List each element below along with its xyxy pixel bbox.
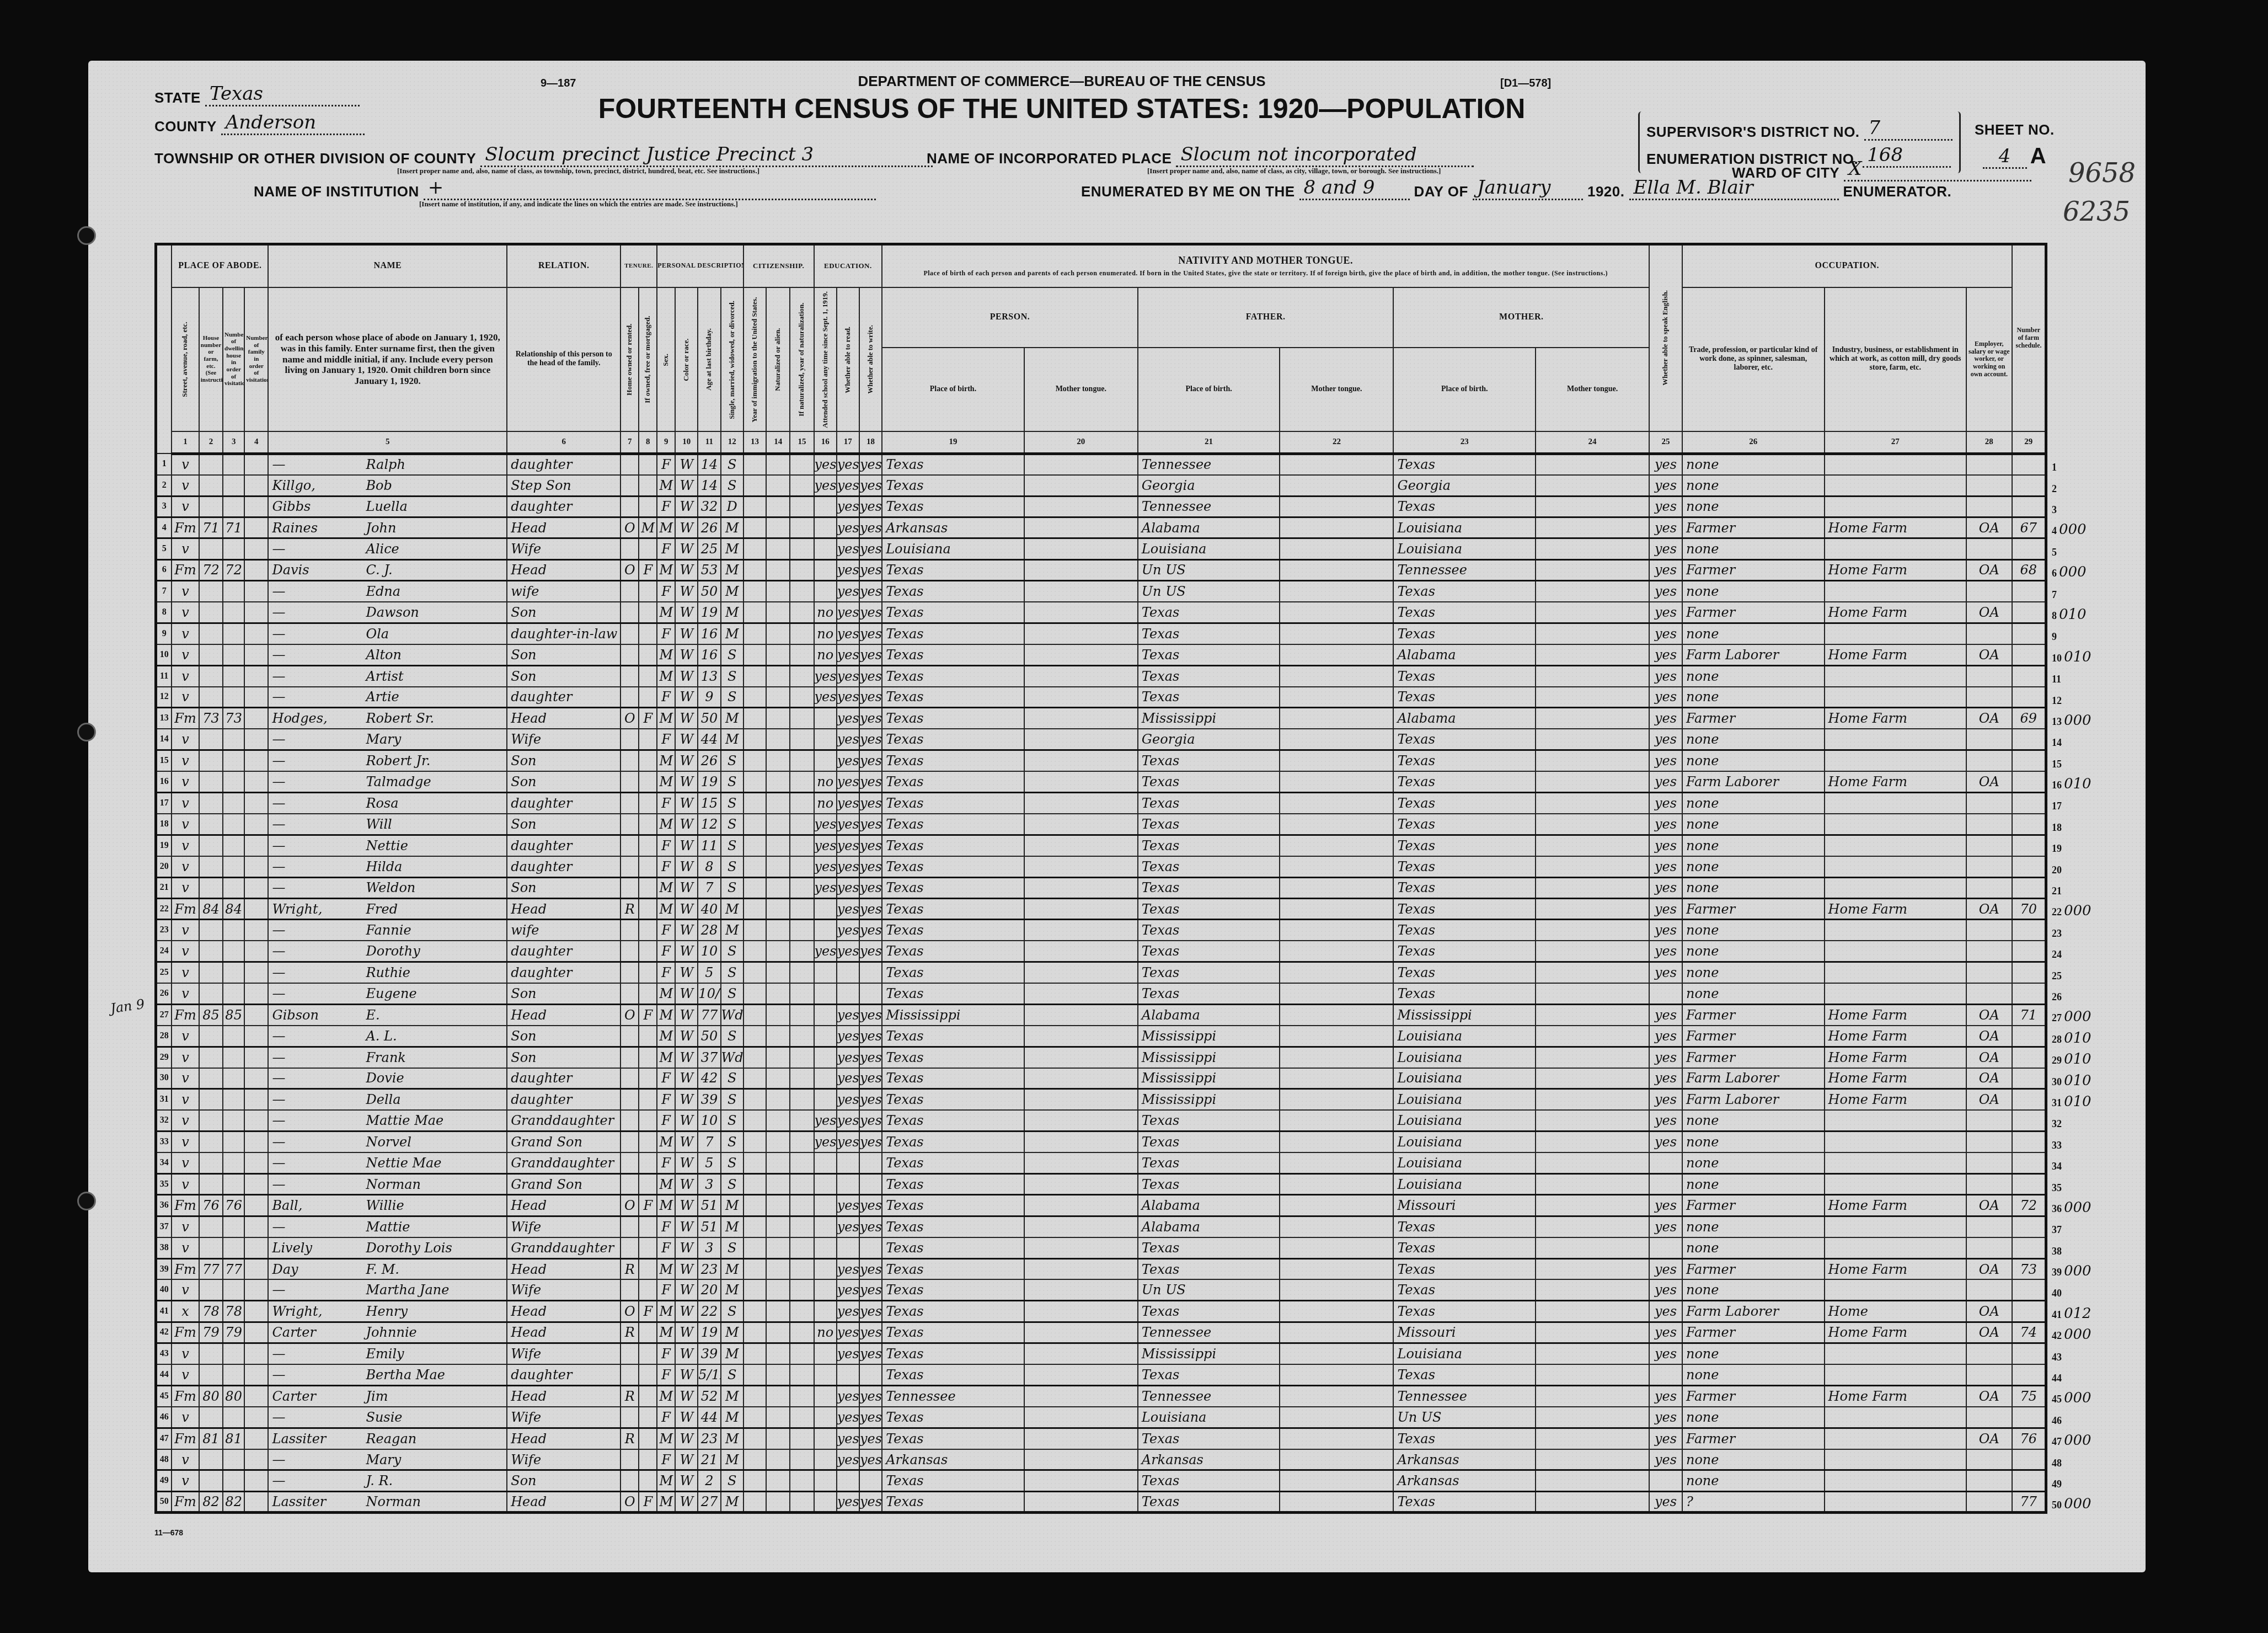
house-number-cell: 81 [199, 1428, 223, 1449]
farm-schedule-cell [2012, 1174, 2046, 1195]
race-cell: W [675, 1174, 698, 1195]
speaks-english-cell: yes [1649, 898, 1682, 919]
given-name: Martha Jane [366, 1282, 449, 1298]
naturalized-cell [766, 1237, 790, 1258]
table-row: 43v—EmilyWifeFW39MyesyesTexasMississippi… [156, 1343, 2046, 1364]
age-cell: 19 [698, 1322, 720, 1343]
right-line-number: 17 [2052, 797, 2064, 813]
age-cell: 15 [698, 792, 720, 813]
able-to-write-cell: yes [859, 1216, 882, 1237]
father-tongue-cell [1280, 1195, 1393, 1216]
employer-class-cell [1966, 496, 2012, 517]
col-3-header: Number of dwelling house in order of vis… [223, 287, 244, 432]
family-number-cell [244, 1364, 268, 1385]
employer-class-cell [1966, 1237, 2012, 1258]
name-cell: —Norman [268, 1174, 507, 1195]
given-name: Henry [366, 1304, 408, 1319]
naturalization-year-cell [790, 581, 814, 602]
right-line-number: 2 [2052, 479, 2059, 496]
tally-code: 000 [2064, 1263, 2092, 1279]
family-number-cell [244, 1132, 268, 1152]
able-to-write-cell: yes [859, 1322, 882, 1343]
naturalization-year-cell [790, 877, 814, 898]
mother-tongue-cell [1536, 1279, 1649, 1300]
marital-status-cell: M [721, 1428, 743, 1449]
marital-status-cell: M [721, 602, 743, 623]
relation-cell: Son [507, 665, 621, 686]
mother-tongue-cell [1024, 814, 1138, 835]
race-cell: W [675, 983, 698, 1004]
mother-birthplace-cell: Louisiana [1393, 1047, 1536, 1068]
able-to-write-cell: yes [859, 453, 882, 474]
group-name: NAME [268, 244, 507, 287]
immigration-year-cell [743, 877, 766, 898]
column-number: 11 [698, 431, 720, 453]
given-name: Frank [366, 1050, 405, 1065]
family-number-cell [244, 496, 268, 517]
house-number-cell: 73 [199, 708, 223, 729]
able-to-read-cell: yes [837, 898, 859, 919]
dwelling-number-cell [223, 1110, 244, 1131]
right-line-number: 26 [2052, 988, 2064, 1004]
group-citizenship: CITIZENSHIP. [743, 244, 814, 287]
table-row: 38vLivelyDorothy LoisGranddaughterFW3STe… [156, 1237, 2046, 1258]
line-number: 30 [156, 1068, 172, 1089]
family-number-cell [244, 835, 268, 856]
mortgage-cell [639, 644, 657, 665]
industry-cell [1825, 920, 1967, 941]
naturalized-cell [766, 1216, 790, 1237]
street-cell: v [172, 1047, 199, 1068]
age-cell: 37 [698, 1047, 720, 1068]
table-row: 23v—FanniewifeFW28MyesyesTexasTexasTexas… [156, 920, 2046, 941]
surname: — [272, 1282, 366, 1298]
sex-cell: F [657, 496, 675, 517]
dwelling-number-cell [223, 941, 244, 962]
mortgage-cell [639, 453, 657, 474]
right-line-number: 44 [2052, 1369, 2064, 1385]
street-cell: v [172, 814, 199, 835]
home-owned-cell [621, 1110, 639, 1131]
able-to-read-cell: yes [837, 729, 859, 750]
able-to-write-cell: yes [859, 1385, 882, 1406]
father-birthplace-cell: Alabama [1138, 1004, 1280, 1025]
right-line-number: 8010 [2052, 606, 2087, 623]
sex-cell: M [657, 602, 675, 623]
name-cell: —Eugene [268, 983, 507, 1004]
farm-schedule-cell [2012, 750, 2046, 771]
industry-cell: Home Farm [1825, 898, 1967, 919]
mother-birthplace-cell: Arkansas [1393, 1449, 1536, 1470]
mother-tongue-cell [1536, 1132, 1649, 1152]
house-number-cell [199, 962, 223, 983]
name-cell: —Nettie [268, 835, 507, 856]
line-number: 13 [156, 708, 172, 729]
birthplace-cell: Mississippi [882, 1004, 1024, 1025]
street-cell: v [172, 1364, 199, 1385]
column-number: 13 [743, 431, 766, 453]
marital-status-cell: M [721, 1385, 743, 1406]
farm-schedule-cell [2012, 1110, 2046, 1131]
industry-cell: Home Farm [1825, 602, 1967, 623]
farm-schedule-cell [2012, 1132, 2046, 1152]
house-number-cell [199, 1343, 223, 1364]
line-number: 10 [156, 644, 172, 665]
father-tongue-cell [1280, 517, 1393, 538]
sex-cell: F [657, 835, 675, 856]
right-line-number: 16010 [2052, 776, 2092, 792]
right-line-number: 37 [2052, 1220, 2064, 1237]
line-number: 14 [156, 729, 172, 750]
family-number-cell [244, 644, 268, 665]
able-to-write-cell: yes [859, 792, 882, 813]
given-name: Alton [366, 647, 402, 663]
right-line-number: 1 [2052, 458, 2059, 474]
surname: Lassiter [272, 1494, 366, 1509]
sex-cell: F [657, 1068, 675, 1089]
naturalization-year-cell [790, 750, 814, 771]
mother-tongue-cell [1536, 475, 1649, 496]
mother-tongue-cell [1024, 1195, 1138, 1216]
house-number-cell [199, 1407, 223, 1428]
right-line-number: 22000 [2052, 903, 2092, 919]
speaks-english-cell: yes [1649, 623, 1682, 644]
immigration-year-cell [743, 983, 766, 1004]
immigration-year-cell [743, 708, 766, 729]
right-line-number: 10010 [2052, 649, 2092, 665]
street-cell: Fm [172, 1491, 199, 1512]
given-name: Luella [366, 499, 407, 514]
race-cell: W [675, 1237, 698, 1258]
census-sheet: STATE Texas COUNTY Anderson TOWNSHIP OR … [88, 61, 2146, 1572]
family-number-cell [244, 1047, 268, 1068]
birthplace-cell: Texas [882, 1216, 1024, 1237]
father-tongue-cell [1280, 771, 1393, 792]
father-birthplace-cell: Georgia [1138, 475, 1280, 496]
speaks-english-cell: yes [1649, 687, 1682, 708]
mother-tongue-cell [1536, 962, 1649, 983]
table-row: 24v—DorothydaughterFW10SyesyesyesTexasTe… [156, 941, 2046, 962]
street-cell: v [172, 750, 199, 771]
race-cell: W [675, 1449, 698, 1470]
surname: — [272, 943, 366, 959]
table-row: 11v—ArtistSonMW13SyesyesyesTexasTexasTex… [156, 665, 2046, 686]
right-line-number: 49 [2052, 1475, 2064, 1491]
relation-cell: daughter [507, 1089, 621, 1110]
mother-tongue-cell [1536, 1491, 1649, 1512]
race-cell: W [675, 941, 698, 962]
industry-cell [1825, 1343, 1967, 1364]
mortgage-cell [639, 750, 657, 771]
name-cell: —Dovie [268, 1068, 507, 1089]
given-name: J. R. [366, 1473, 393, 1488]
relation-cell: Head [507, 1301, 621, 1322]
surname: — [272, 1452, 366, 1467]
father-birthplace-cell: Tennessee [1138, 1385, 1280, 1406]
able-to-write-cell [859, 1237, 882, 1258]
line-number: 26 [156, 983, 172, 1004]
age-cell: 5 [698, 1152, 720, 1173]
house-number-cell [199, 835, 223, 856]
marital-status-cell: S [721, 1089, 743, 1110]
naturalized-cell [766, 665, 790, 686]
naturalization-year-cell [790, 1152, 814, 1173]
tally-code: 000 [2064, 712, 2092, 729]
mother-birthplace-cell: Texas [1393, 877, 1536, 898]
birthplace-cell: Texas [882, 453, 1024, 474]
mortgage-cell [639, 983, 657, 1004]
dwelling-number-cell [223, 1047, 244, 1068]
birthplace-cell: Texas [882, 1195, 1024, 1216]
mortgage-cell: F [639, 1195, 657, 1216]
surname: — [272, 796, 366, 811]
father-birthplace-cell: Texas [1138, 665, 1280, 686]
house-number-cell [199, 1364, 223, 1385]
farm-schedule-cell [2012, 1279, 2046, 1300]
right-line-number: 47000 [2052, 1432, 2092, 1449]
col-26-header: Trade, profession, or particular kind of… [1682, 287, 1825, 432]
occupation-cell: Farmer [1682, 1004, 1825, 1025]
father-birthplace-cell: Texas [1138, 877, 1280, 898]
house-number-cell [199, 941, 223, 962]
mortgage-cell [639, 1258, 657, 1279]
immigration-year-cell [743, 898, 766, 919]
sex-cell: F [657, 687, 675, 708]
home-owned-cell [621, 475, 639, 496]
father-birthplace-cell: Un US [1138, 581, 1280, 602]
home-owned-cell [621, 983, 639, 1004]
naturalization-year-cell [790, 1343, 814, 1364]
age-cell: 51 [698, 1195, 720, 1216]
employer-class-cell [1966, 581, 2012, 602]
mother-tongue-cell [1024, 475, 1138, 496]
name-cell: —J. R. [268, 1470, 507, 1491]
mother-birthplace-cell: Louisiana [1393, 1026, 1536, 1047]
dwelling-number-cell [223, 1407, 244, 1428]
immigration-year-cell [743, 1470, 766, 1491]
family-number-cell [244, 453, 268, 474]
attended-school-cell [814, 920, 837, 941]
occupation-cell: none [1682, 877, 1825, 898]
given-name: Johnnie [366, 1325, 416, 1340]
relation-cell: Son [507, 644, 621, 665]
sex-cell: F [657, 920, 675, 941]
occupation-cell: none [1682, 750, 1825, 771]
speaks-english-cell: yes [1649, 1407, 1682, 1428]
farm-schedule-cell [2012, 687, 2046, 708]
mother-tongue-cell [1024, 453, 1138, 474]
able-to-write-cell: yes [859, 729, 882, 750]
relation-cell: Head [507, 1195, 621, 1216]
naturalization-year-cell [790, 665, 814, 686]
mother-tongue-cell [1024, 750, 1138, 771]
farm-schedule-cell [2012, 623, 2046, 644]
surname: — [272, 1219, 366, 1235]
immigration-year-cell [743, 581, 766, 602]
given-name: Talmadge [366, 774, 431, 789]
age-cell: 21 [698, 1449, 720, 1470]
home-owned-cell [621, 750, 639, 771]
employer-class-cell: OA [1966, 1322, 2012, 1343]
mother-tongue-cell [1536, 496, 1649, 517]
farm-schedule-cell [2012, 941, 2046, 962]
race-cell: W [675, 665, 698, 686]
col-4-header: Number of family in order of visitation. [244, 287, 268, 432]
able-to-read-cell: yes [837, 1258, 859, 1279]
age-cell: 42 [698, 1068, 720, 1089]
footer-code: 11—678 [154, 1528, 183, 1537]
immigration-year-cell [743, 856, 766, 877]
mother-tongue-cell [1024, 898, 1138, 919]
relation-cell: Head [507, 1428, 621, 1449]
birthplace-cell: Louisiana [882, 538, 1024, 559]
naturalized-cell [766, 1047, 790, 1068]
father-tongue-cell [1280, 475, 1393, 496]
house-number-cell [199, 602, 223, 623]
given-name: John [366, 520, 396, 536]
right-line-number: 29010 [2052, 1051, 2092, 1068]
father-birthplace-cell: Texas [1138, 1428, 1280, 1449]
sex-cell: F [657, 581, 675, 602]
able-to-write-cell: yes [859, 1428, 882, 1449]
dwelling-number-cell [223, 1237, 244, 1258]
attended-school-cell [814, 1026, 837, 1047]
age-cell: 50 [698, 581, 720, 602]
able-to-read-cell: yes [837, 1428, 859, 1449]
farm-schedule-cell [2012, 835, 2046, 856]
home-owned-cell [621, 1152, 639, 1173]
birthplace-cell: Texas [882, 1068, 1024, 1089]
naturalized-cell [766, 559, 790, 580]
column-number: 16 [814, 431, 837, 453]
surname: Wright, [272, 1304, 366, 1319]
able-to-write-cell: yes [859, 835, 882, 856]
speaks-english-cell: yes [1649, 1216, 1682, 1237]
name-cell: —Edna [268, 581, 507, 602]
industry-cell [1825, 1491, 1967, 1512]
race-cell: W [675, 771, 698, 792]
sex-cell: M [657, 1174, 675, 1195]
birthplace-cell: Texas [882, 771, 1024, 792]
line-number: 8 [156, 602, 172, 623]
employer-class-cell [1966, 1449, 2012, 1470]
race-cell: W [675, 453, 698, 474]
industry-cell: Home Farm [1825, 1385, 1967, 1406]
attended-school-cell [814, 1047, 837, 1068]
col-28-header: Employer, salary or wage worker, or work… [1966, 287, 2012, 432]
house-number-cell [199, 771, 223, 792]
dwelling-number-cell: 72 [223, 559, 244, 580]
able-to-read-cell: yes [837, 1132, 859, 1152]
race-cell: W [675, 1279, 698, 1300]
column-number: 24 [1536, 431, 1649, 453]
able-to-read-cell: yes [837, 581, 859, 602]
marital-status-cell: Wd [721, 1004, 743, 1025]
home-owned-cell: R [621, 1428, 639, 1449]
speaks-english-cell: yes [1649, 644, 1682, 665]
father-tongue-cell [1280, 1449, 1393, 1470]
mother-tongue-cell [1536, 856, 1649, 877]
home-owned-cell [621, 1216, 639, 1237]
relation-cell: Head [507, 1004, 621, 1025]
mother-tongue-cell [1536, 687, 1649, 708]
given-name: Willie [366, 1198, 404, 1213]
industry-cell [1825, 877, 1967, 898]
sex-cell: M [657, 1258, 675, 1279]
employer-class-cell: OA [1966, 1385, 2012, 1406]
sex-cell: F [657, 1343, 675, 1364]
employer-class-cell: OA [1966, 708, 2012, 729]
mother-tongue-cell [1536, 1195, 1649, 1216]
street-cell: v [172, 581, 199, 602]
age-cell: 16 [698, 623, 720, 644]
industry-cell: Home Farm [1825, 1068, 1967, 1089]
relation-cell: Son [507, 877, 621, 898]
home-owned-cell: O [621, 1195, 639, 1216]
mother-tongue-cell [1024, 1343, 1138, 1364]
family-number-cell [244, 1237, 268, 1258]
column-number: 12 [721, 431, 743, 453]
marital-status-cell: M [721, 898, 743, 919]
speaks-english-cell: yes [1649, 1195, 1682, 1216]
relation-cell: Head [507, 708, 621, 729]
father-tongue-cell [1280, 1089, 1393, 1110]
line-number: 38 [156, 1237, 172, 1258]
surname: Carter [272, 1389, 366, 1404]
farm-schedule-cell [2012, 771, 2046, 792]
able-to-read-cell [837, 1152, 859, 1173]
attended-school-cell [814, 1301, 837, 1322]
birthplace-cell: Texas [882, 1110, 1024, 1131]
surname: — [272, 965, 366, 980]
birthplace-cell: Texas [882, 729, 1024, 750]
column-number: 28 [1966, 431, 2012, 453]
attended-school-cell [814, 538, 837, 559]
father-birthplace-cell: Texas [1138, 920, 1280, 941]
able-to-write-cell: yes [859, 1491, 882, 1512]
father-birthplace-cell: Texas [1138, 1110, 1280, 1131]
race-cell: W [675, 708, 698, 729]
dwelling-number-cell [223, 1132, 244, 1152]
age-cell: 7 [698, 1132, 720, 1152]
table-row: 31v—DelladaughterFW39SyesyesTexasMississ… [156, 1089, 2046, 1110]
right-line-number: 20 [2052, 861, 2064, 877]
immigration-year-cell [743, 538, 766, 559]
attended-school-cell [814, 1364, 837, 1385]
employer-class-cell: OA [1966, 1258, 2012, 1279]
able-to-write-cell: yes [859, 898, 882, 919]
family-number-cell [244, 771, 268, 792]
relation-cell: Son [507, 1026, 621, 1047]
race-cell: W [675, 1047, 698, 1068]
dwelling-number-cell: 78 [223, 1301, 244, 1322]
birthplace-cell: Texas [882, 496, 1024, 517]
mortgage-cell: M [639, 517, 657, 538]
naturalization-year-cell [790, 814, 814, 835]
able-to-write-cell [859, 1174, 882, 1195]
attended-school-cell [814, 559, 837, 580]
table-row: 35v—NormanGrand SonMW3STexasTexasLouisia… [156, 1174, 2046, 1195]
house-number-cell [199, 665, 223, 686]
father-tongue-cell [1280, 538, 1393, 559]
farm-schedule-cell: 69 [2012, 708, 2046, 729]
right-line-number: 32 [2052, 1114, 2064, 1131]
surname: — [272, 880, 366, 895]
given-name: Dorothy Lois [366, 1240, 452, 1256]
race-cell: W [675, 877, 698, 898]
enumeration-month: January [1473, 177, 1583, 200]
line-number: 32 [156, 1110, 172, 1131]
